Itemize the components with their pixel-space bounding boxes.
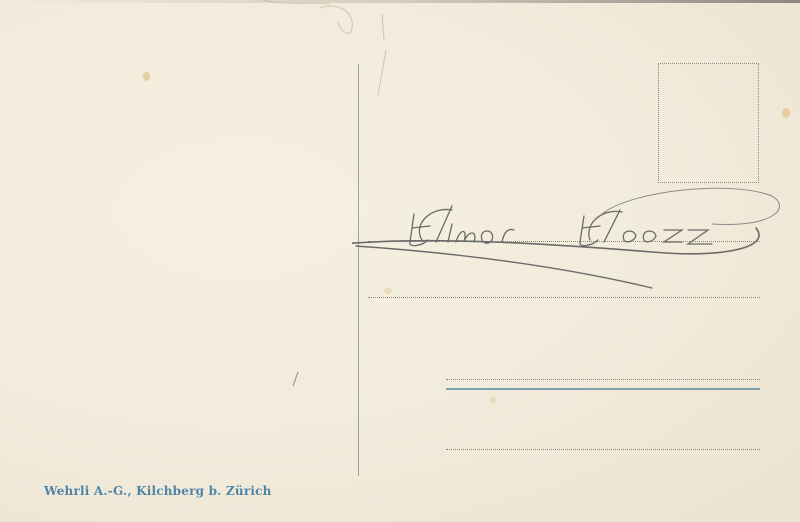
address-underline [446, 388, 760, 390]
publisher-imprint: Wehrli A.-G., Kilchberg b. Zürich [44, 484, 272, 498]
foxing-stain [782, 108, 790, 118]
foxing-stain [490, 396, 496, 404]
postcard-back: Elinor Elezz Wehrli A.-G., Kilchber [0, 0, 800, 522]
pencil-mark [290, 370, 302, 390]
stamp-box [658, 63, 759, 183]
handwritten-signature: Elinor Elezz [352, 184, 792, 294]
address-line-4 [446, 449, 760, 450]
address-line-2 [368, 297, 760, 298]
faint-pencil-marks [260, 0, 420, 100]
foxing-stain [143, 72, 150, 81]
address-line-3 [446, 379, 760, 380]
